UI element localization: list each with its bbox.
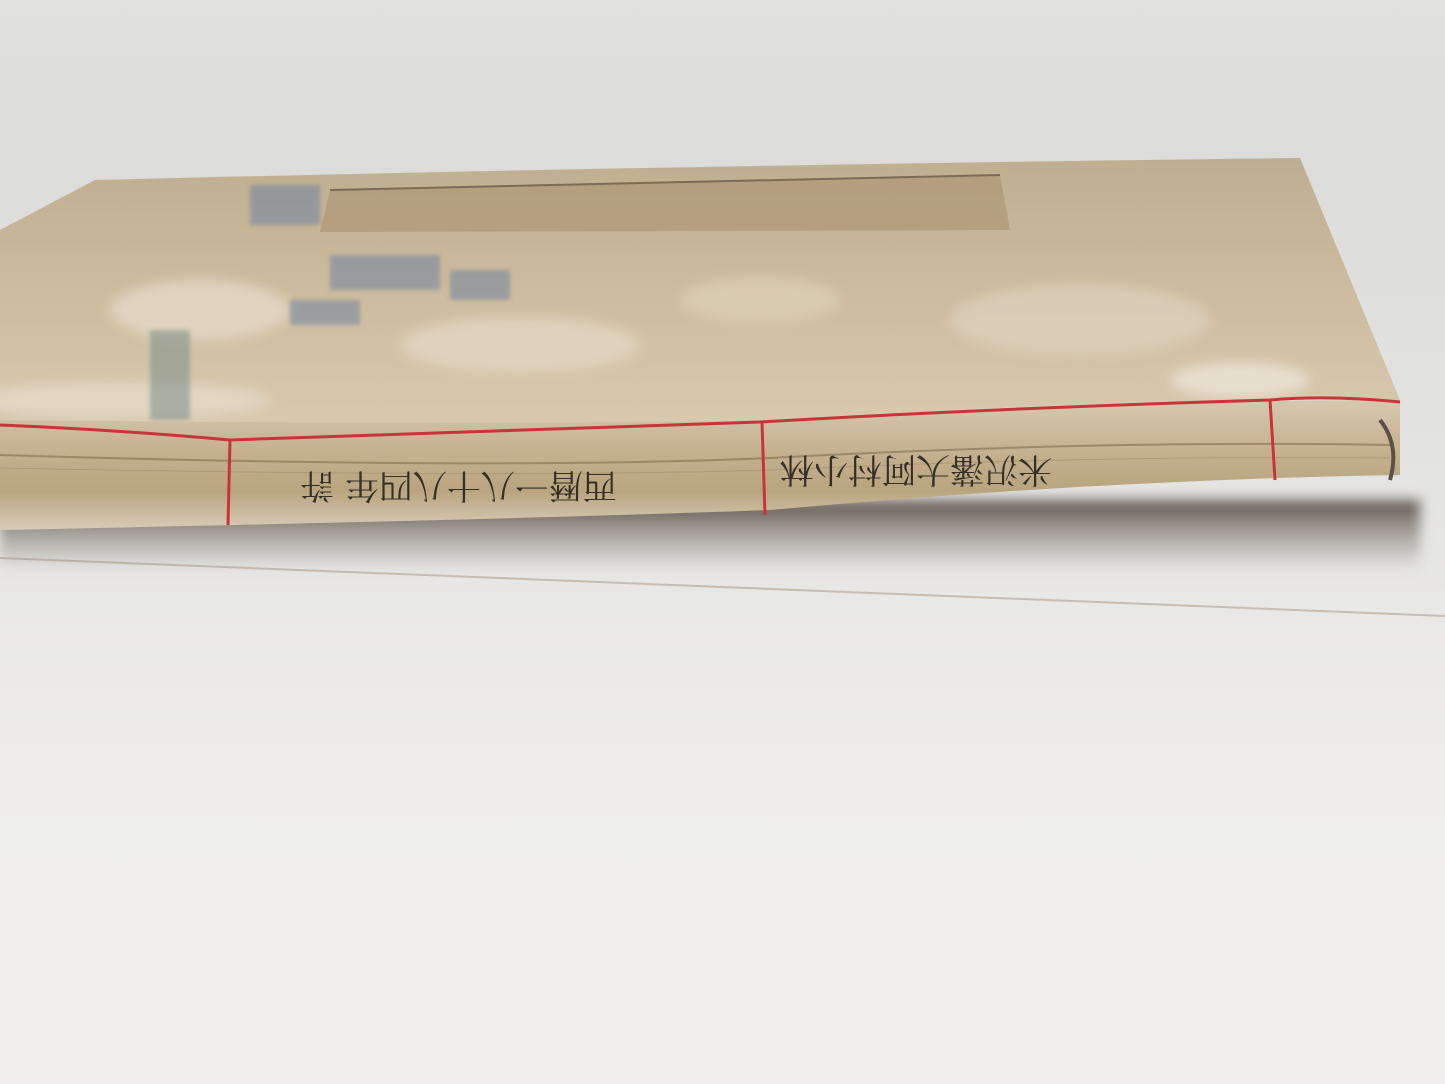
- spine-inscription-right: 米沢藩大阿村小林: [780, 448, 1052, 497]
- book: [0, 0, 1445, 1084]
- photo-scene: 西暦一八十八四年 許 米沢藩大阿村小林 Old Japanese stab-bo…: [0, 0, 1445, 1084]
- spine-inscription-left: 西暦一八十八四年 許: [300, 464, 617, 513]
